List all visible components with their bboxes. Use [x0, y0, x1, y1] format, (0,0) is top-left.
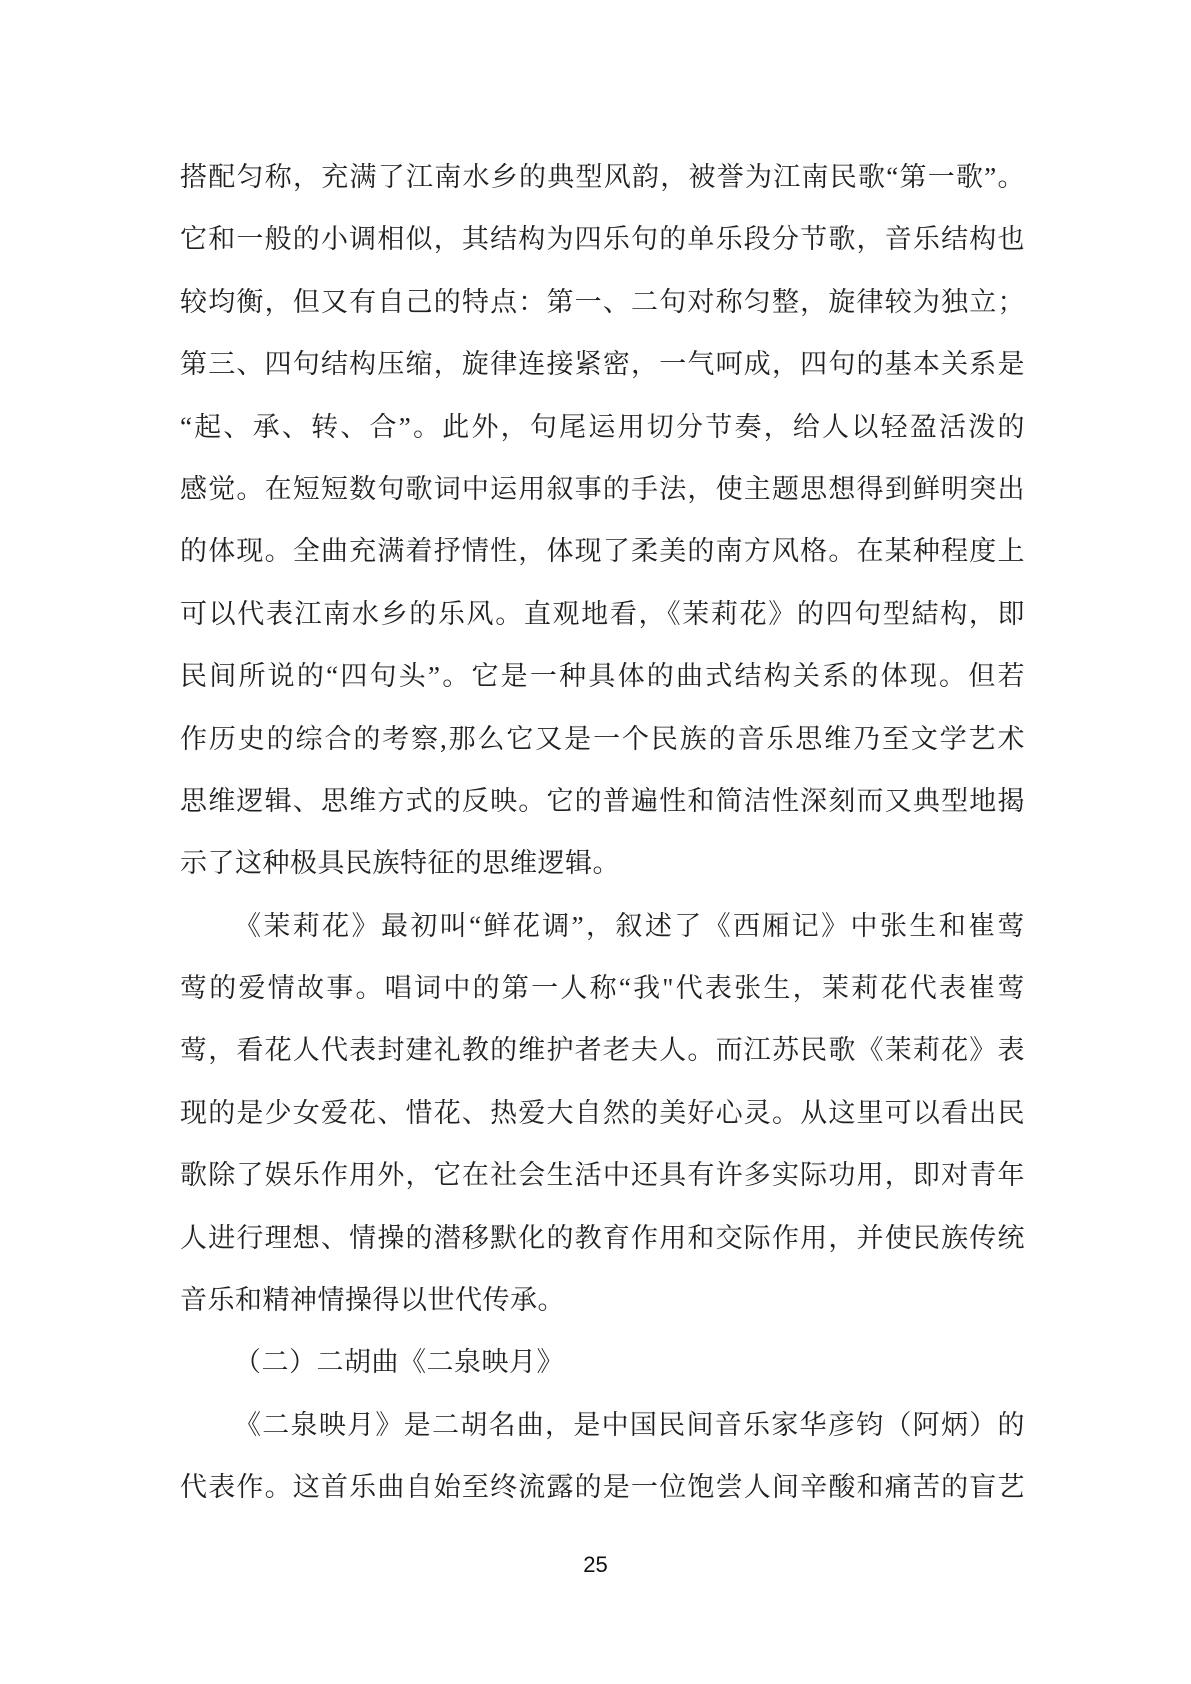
text-line: 的体现。全曲充满着抒情性，体现了柔美的南方风格。在某种程度上 [180, 520, 1025, 582]
text-line: 歌除了娱乐作用外，它在社会生活中还具有许多实际功用，即对青年 [180, 1144, 1025, 1206]
text-line: 现的是少女爱花、惜花、热爱大自然的美好心灵。从这里可以看出民 [180, 1082, 1025, 1144]
text-line: 思维逻辑、思维方式的反映。它的普遍性和简洁性深刻而又典型地揭 [180, 770, 1025, 832]
text-line: 《二泉映月》是二胡名曲，是中国民间音乐家华彦钧（阿炳）的 [180, 1394, 1025, 1456]
text-line: 第三、四句结构压缩，旋律连接紧密，一气呵成，四句的基本关系是 [180, 333, 1025, 395]
text-line: 较均衡，但又有自己的特点：第一、二句对称匀整，旋律较为独立； [180, 271, 1025, 333]
text-line: 莺，看花人代表封建礼教的维护者老夫人。而江苏民歌《茉莉花》表 [180, 1019, 1025, 1081]
text-line: 莺的爱情故事。唱词中的第一人称“我"代表张生，茉莉花代表崔莺 [180, 957, 1025, 1019]
text-line: 《茉莉花》最初叫“鲜花调”，叙述了《西厢记》中张生和崔莺 [180, 895, 1025, 957]
page-number: 25 [583, 1552, 607, 1577]
text-line: 人进行理想、情操的潜移默化的教育作用和交际作用，并使民族传统 [180, 1207, 1025, 1269]
text-line: 示了这种极具民族特征的思维逻辑。 [180, 832, 1025, 894]
text-line: 民间所说的“四句头”。它是一种具体的曲式结构关系的体现。但若 [180, 645, 1025, 707]
text-line: 音乐和精神情操得以世代传承。 [180, 1269, 1025, 1331]
text-line: 可以代表江南水乡的乐风。直观地看，《茉莉花》的四句型結构，即 [180, 583, 1025, 645]
page-footer: 25 [0, 1552, 1191, 1578]
body-text: 搭配匀称，充满了江南水乡的典型风韵，被誉为江南民歌“第一歌”。它和一般的小调相似… [180, 146, 1025, 1519]
text-line: 它和一般的小调相似，其结构为四乐句的单乐段分节歌，音乐结构也 [180, 208, 1025, 270]
text-line: 代表作。这首乐曲自始至终流露的是一位饱尝人间辛酸和痛苦的盲艺 [180, 1456, 1025, 1518]
text-line: “起、承、转、合”。此外，句尾运用切分节奏，给人以轻盈活泼的 [180, 396, 1025, 458]
text-line: （二）二胡曲《二泉映月》 [180, 1331, 1025, 1393]
text-line: 感觉。在短短数句歌词中运用叙事的手法，使主题思想得到鲜明突出 [180, 458, 1025, 520]
text-line: 搭配匀称，充满了江南水乡的典型风韵，被誉为江南民歌“第一歌”。 [180, 146, 1025, 208]
document-page: 搭配匀称，充满了江南水乡的典型风韵，被誉为江南民歌“第一歌”。它和一般的小调相似… [0, 0, 1191, 1684]
text-line: 作历史的综合的考察,那么它又是一个民族的音乐思维乃至文学艺术 [180, 708, 1025, 770]
